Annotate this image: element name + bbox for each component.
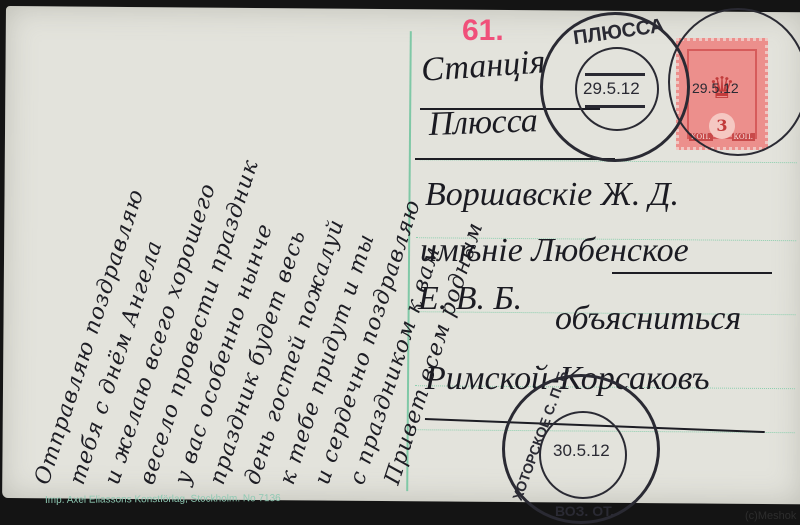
address-line-3: Воршавскіе Ж. Д. — [425, 176, 679, 214]
postmark-khotorskoe: 30.5.12 ХОТОРСКОЕ С. П. Б. ВОЗ. ОТ. — [502, 374, 660, 524]
underline — [415, 158, 615, 160]
watermark: (c)Meshok — [745, 510, 796, 522]
postmark-stamp-cancel: 29.5.12 — [668, 8, 800, 156]
address-line-5: Е. В. Б. — [418, 280, 522, 318]
address-line-6: объясниться — [555, 300, 741, 338]
address-line-2: Плюсса — [428, 102, 538, 144]
underline — [612, 272, 772, 274]
collector-number: 61. — [462, 14, 504, 48]
publisher-imprint: Imp. Axel Eliassons Konstförlag, Stockho… — [45, 493, 281, 506]
address-line-4: имѣніе Любенское — [420, 232, 689, 270]
postcard-photo: 61. Отправляю поздравляютебя с днём Анге… — [0, 0, 800, 525]
